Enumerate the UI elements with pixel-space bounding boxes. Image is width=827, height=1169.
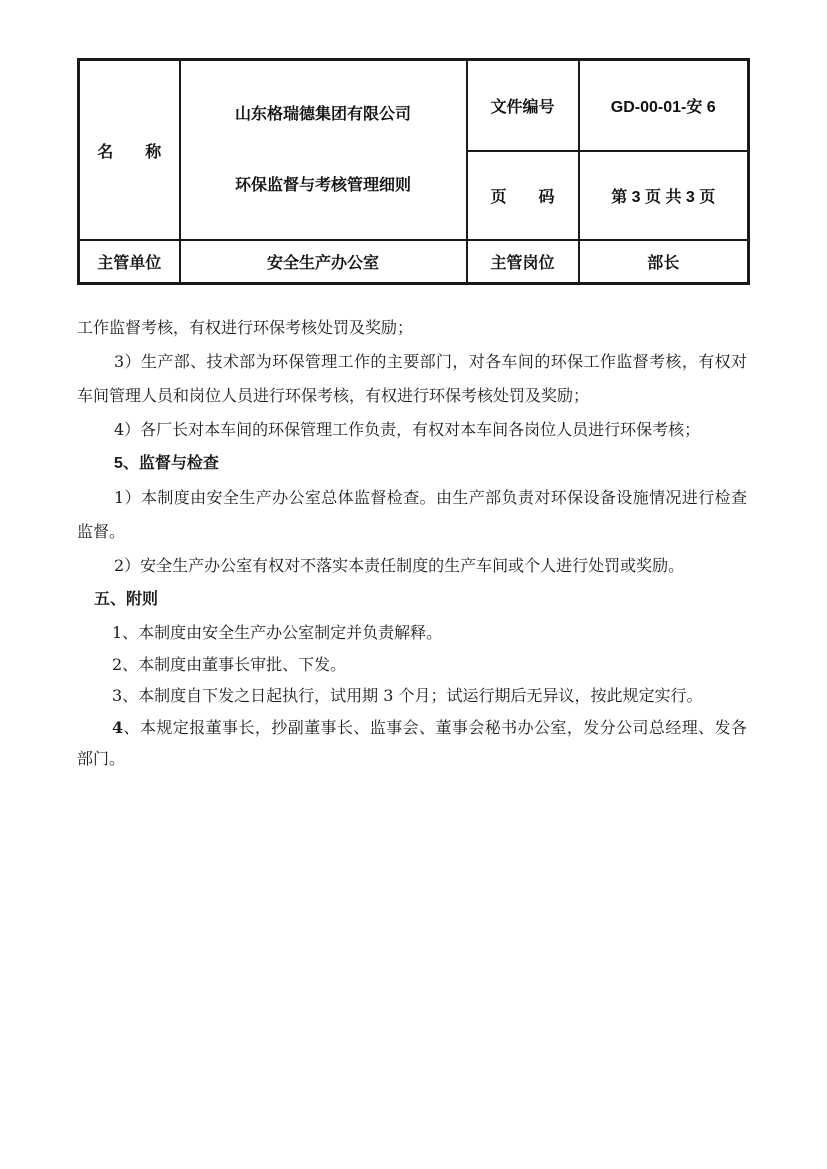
heading-supervision-and-inspection: 5、监督与检查 xyxy=(77,447,747,481)
document-page: 名 称 山东格瑞德集团有限公司 环保监督与考核管理细则 文件编号 GD-00-0… xyxy=(0,0,827,1169)
document-header-table: 名 称 山东格瑞德集团有限公司 环保监督与考核管理细则 文件编号 GD-00-0… xyxy=(77,58,750,285)
document-body: 工作监督考核，有权进行环保考核处罚及奖励； 3）生产部、技术部为环保管理工作的主… xyxy=(77,311,747,775)
page-number-value-cell: 第 3 页 共 3 页 xyxy=(579,151,749,240)
paragraph-supervision-1: 1）本制度由安全生产办公室总体监督检查。由生产部负责对环保设备设施情况进行检查监… xyxy=(77,481,747,549)
appendix-item-2: 2、本制度由董事长审批、下发。 xyxy=(77,649,747,681)
paragraph-supervision-2: 2）安全生产办公室有权对不落实本责任制度的生产车间或个人进行处罚或奖励。 xyxy=(77,549,747,583)
header-row-3: 主管单位 安全生产办公室 主管岗位 部长 xyxy=(79,240,749,284)
appendix-item-4-text: 、本规定报董事长，抄副董事长、监事会、董事会秘书办公室，发分公司总经理、发各部门… xyxy=(77,718,747,769)
company-name: 山东格瑞德集团有限公司 xyxy=(181,97,466,132)
appendix-item-4-number: 4 xyxy=(112,718,123,737)
paragraph-item-3: 3）生产部、技术部为环保管理工作的主要部门，对各车间的环保工作监督考核，有权对车… xyxy=(77,345,747,413)
doc-number-label-cell: 文件编号 xyxy=(467,60,579,152)
header-row-1: 名 称 山东格瑞德集团有限公司 环保监督与考核管理细则 文件编号 GD-00-0… xyxy=(79,60,749,152)
position-label-cell: 主管岗位 xyxy=(467,240,579,284)
document-title-cell: 山东格瑞德集团有限公司 环保监督与考核管理细则 xyxy=(180,60,467,241)
page-number-label-cell: 页 码 xyxy=(467,151,579,240)
document-title: 环保监督与考核管理细则 xyxy=(181,168,466,203)
unit-value-cell: 安全生产办公室 xyxy=(180,240,467,284)
paragraph-item-4: 4）各厂长对本车间的环保管理工作负责，有权对本车间各岗位人员进行环保考核； xyxy=(77,413,747,447)
appendix-item-3: 3、本制度自下发之日起执行，试用期 3 个月；试运行期后无异议，按此规定实行。 xyxy=(77,680,747,712)
unit-label-cell: 主管单位 xyxy=(79,240,180,284)
paragraph-continuation: 工作监督考核，有权进行环保考核处罚及奖励； xyxy=(77,311,747,345)
heading-appendix: 五、附则 xyxy=(77,583,747,617)
name-label-cell: 名 称 xyxy=(79,60,180,241)
position-value-cell: 部长 xyxy=(579,240,749,284)
document-content: 名 称 山东格瑞德集团有限公司 环保监督与考核管理细则 文件编号 GD-00-0… xyxy=(77,58,747,775)
appendix-item-1: 1、本制度由安全生产办公室制定并负责解释。 xyxy=(77,617,747,649)
appendix-item-4: 4、本规定报董事长，抄副董事长、监事会、董事会秘书办公室，发分公司总经理、发各部… xyxy=(77,712,747,775)
doc-number-value-cell: GD-00-01-安 6 xyxy=(579,60,749,152)
